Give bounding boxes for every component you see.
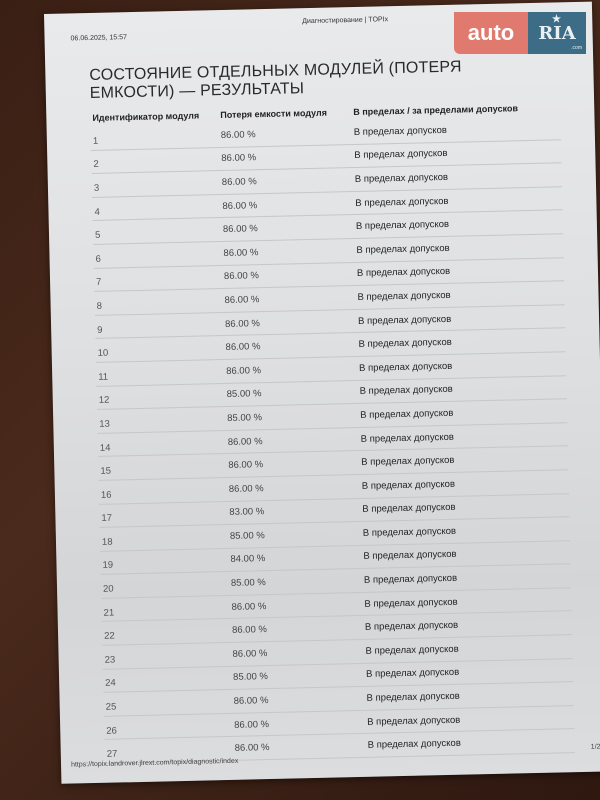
tolerance-status: В пределах допусков [361,429,568,445]
column-header-capacity-loss: Потеря емкости модуля [220,107,353,120]
module-id: 19 [100,551,230,571]
module-id: 5 [93,221,223,241]
module-id: 4 [92,198,222,218]
tolerance-status: В пределах допусков [361,452,568,468]
module-id: 25 [103,693,233,713]
capacity-loss: 86.00 % [222,198,355,212]
capacity-loss: 86.00 % [225,339,358,353]
print-datetime: 06.06.2025, 15:57 [70,34,127,42]
tolerance-status: В пределах допусков [358,311,565,327]
tolerance-status: В пределах допусков [367,712,574,728]
module-id: 24 [103,669,233,689]
capacity-loss: 86.00 % [228,457,361,471]
module-id: 15 [98,457,228,477]
capacity-loss: 86.00 % [235,740,368,754]
capacity-loss: 85.00 % [227,410,360,424]
tolerance-status: В пределах допусков [363,547,570,563]
document-title: СОСТОЯНИЕ ОТДЕЛЬНЫХ МОДУЛЕЙ (ПОТЕРЯ ЕМКО… [89,58,490,103]
tolerance-status: В пределах допусков [357,264,564,280]
capacity-loss: 83.00 % [229,504,362,518]
capacity-loss: 85.00 % [227,386,360,400]
tolerance-status: В пределах допусков [364,570,571,586]
column-header-tolerance: В пределах / за пределами допусков [353,102,560,117]
autoria-watermark-logo: auto ★ RIA .com [454,12,586,54]
module-id: 27 [105,740,235,760]
module-id: 20 [101,575,231,595]
module-id: 16 [99,481,229,501]
module-id: 26 [104,717,234,737]
capacity-loss: 85.00 % [233,669,366,683]
capacity-loss: 86.00 % [228,433,361,447]
tolerance-status: В пределах допусков [362,500,569,516]
tolerance-status: В пределах допусков [363,523,570,539]
footer-url: https://topix.landrover.jlrext.com/topix… [71,758,238,769]
module-id: 11 [96,363,226,383]
logo-auto-part: auto [454,12,528,54]
module-id: 3 [92,174,222,194]
capacity-loss: 86.00 % [224,292,357,306]
table-body: 186.00 %В пределах допусков286.00 %В пре… [91,116,575,764]
tolerance-status: В пределах допусков [368,735,575,751]
tolerance-status: В пределах допусков [366,665,573,681]
tolerance-status: В пределах допусков [360,382,567,398]
tolerance-status: В пределах допусков [357,287,564,303]
capacity-loss: 85.00 % [230,528,363,542]
capacity-loss: 84.00 % [230,551,363,565]
print-page-title: Диагностирование | TOPIx [302,16,388,25]
printed-report-page: 06.06.2025, 15:57 Диагностирование | TOP… [44,2,600,784]
capacity-loss: 86.00 % [234,716,367,730]
module-capacity-table: Идентификатор модуля Потеря емкости моду… [90,98,575,764]
capacity-loss: 86.00 % [229,481,362,495]
tolerance-status: В пределах допусков [362,476,569,492]
tolerance-status: В пределах допусков [359,358,566,374]
tolerance-status: В пределах допусков [358,334,565,350]
module-id: 8 [94,292,224,312]
module-id: 18 [100,528,230,548]
logo-ria-text: RIA [538,23,575,44]
capacity-loss: 86.00 % [231,599,364,613]
tolerance-status: В пределах допусков [360,405,567,421]
tolerance-status: В пределах допусков [366,688,573,704]
page-number: 1/2 [591,744,600,751]
module-id: 23 [102,646,232,666]
capacity-loss: 86.00 % [225,316,358,330]
tolerance-status: В пределах допусков [365,617,572,633]
capacity-loss: 86.00 % [223,221,356,235]
capacity-loss: 86.00 % [223,245,356,259]
tolerance-status: В пределах допусков [356,216,563,232]
capacity-loss: 86.00 % [221,150,354,164]
module-id: 2 [91,150,221,170]
tolerance-status: В пределах допусков [356,240,563,256]
capacity-loss: 85.00 % [231,575,364,589]
module-id: 22 [102,622,232,642]
module-id: 9 [95,316,225,336]
module-id: 10 [95,339,225,359]
logo-com-text: .com [571,45,582,51]
capacity-loss: 86.00 % [232,646,365,660]
module-id: 17 [99,504,229,524]
module-id: 13 [97,410,227,430]
module-id: 21 [101,599,231,619]
module-id: 6 [93,245,223,265]
logo-ria-part: ★ RIA .com [528,12,586,54]
module-id: 12 [97,386,227,406]
module-id: 14 [98,433,228,453]
tolerance-status: В пределах допусков [364,594,571,610]
module-id: 1 [91,127,221,147]
capacity-loss: 86.00 % [224,268,357,282]
capacity-loss: 86.00 % [221,127,354,141]
tolerance-status: В пределах допусков [354,122,561,138]
tolerance-status: В пределах допусков [355,169,562,185]
tolerance-status: В пределах допусков [355,193,562,209]
capacity-loss: 86.00 % [226,363,359,377]
column-header-module-id: Идентификатор модуля [90,110,220,123]
tolerance-status: В пределах допусков [354,146,561,162]
capacity-loss: 86.00 % [222,174,355,188]
module-id: 7 [94,268,224,288]
star-icon: ★ [552,14,561,25]
capacity-loss: 86.00 % [234,693,367,707]
capacity-loss: 86.00 % [232,622,365,636]
tolerance-status: В пределах допусков [365,641,572,657]
